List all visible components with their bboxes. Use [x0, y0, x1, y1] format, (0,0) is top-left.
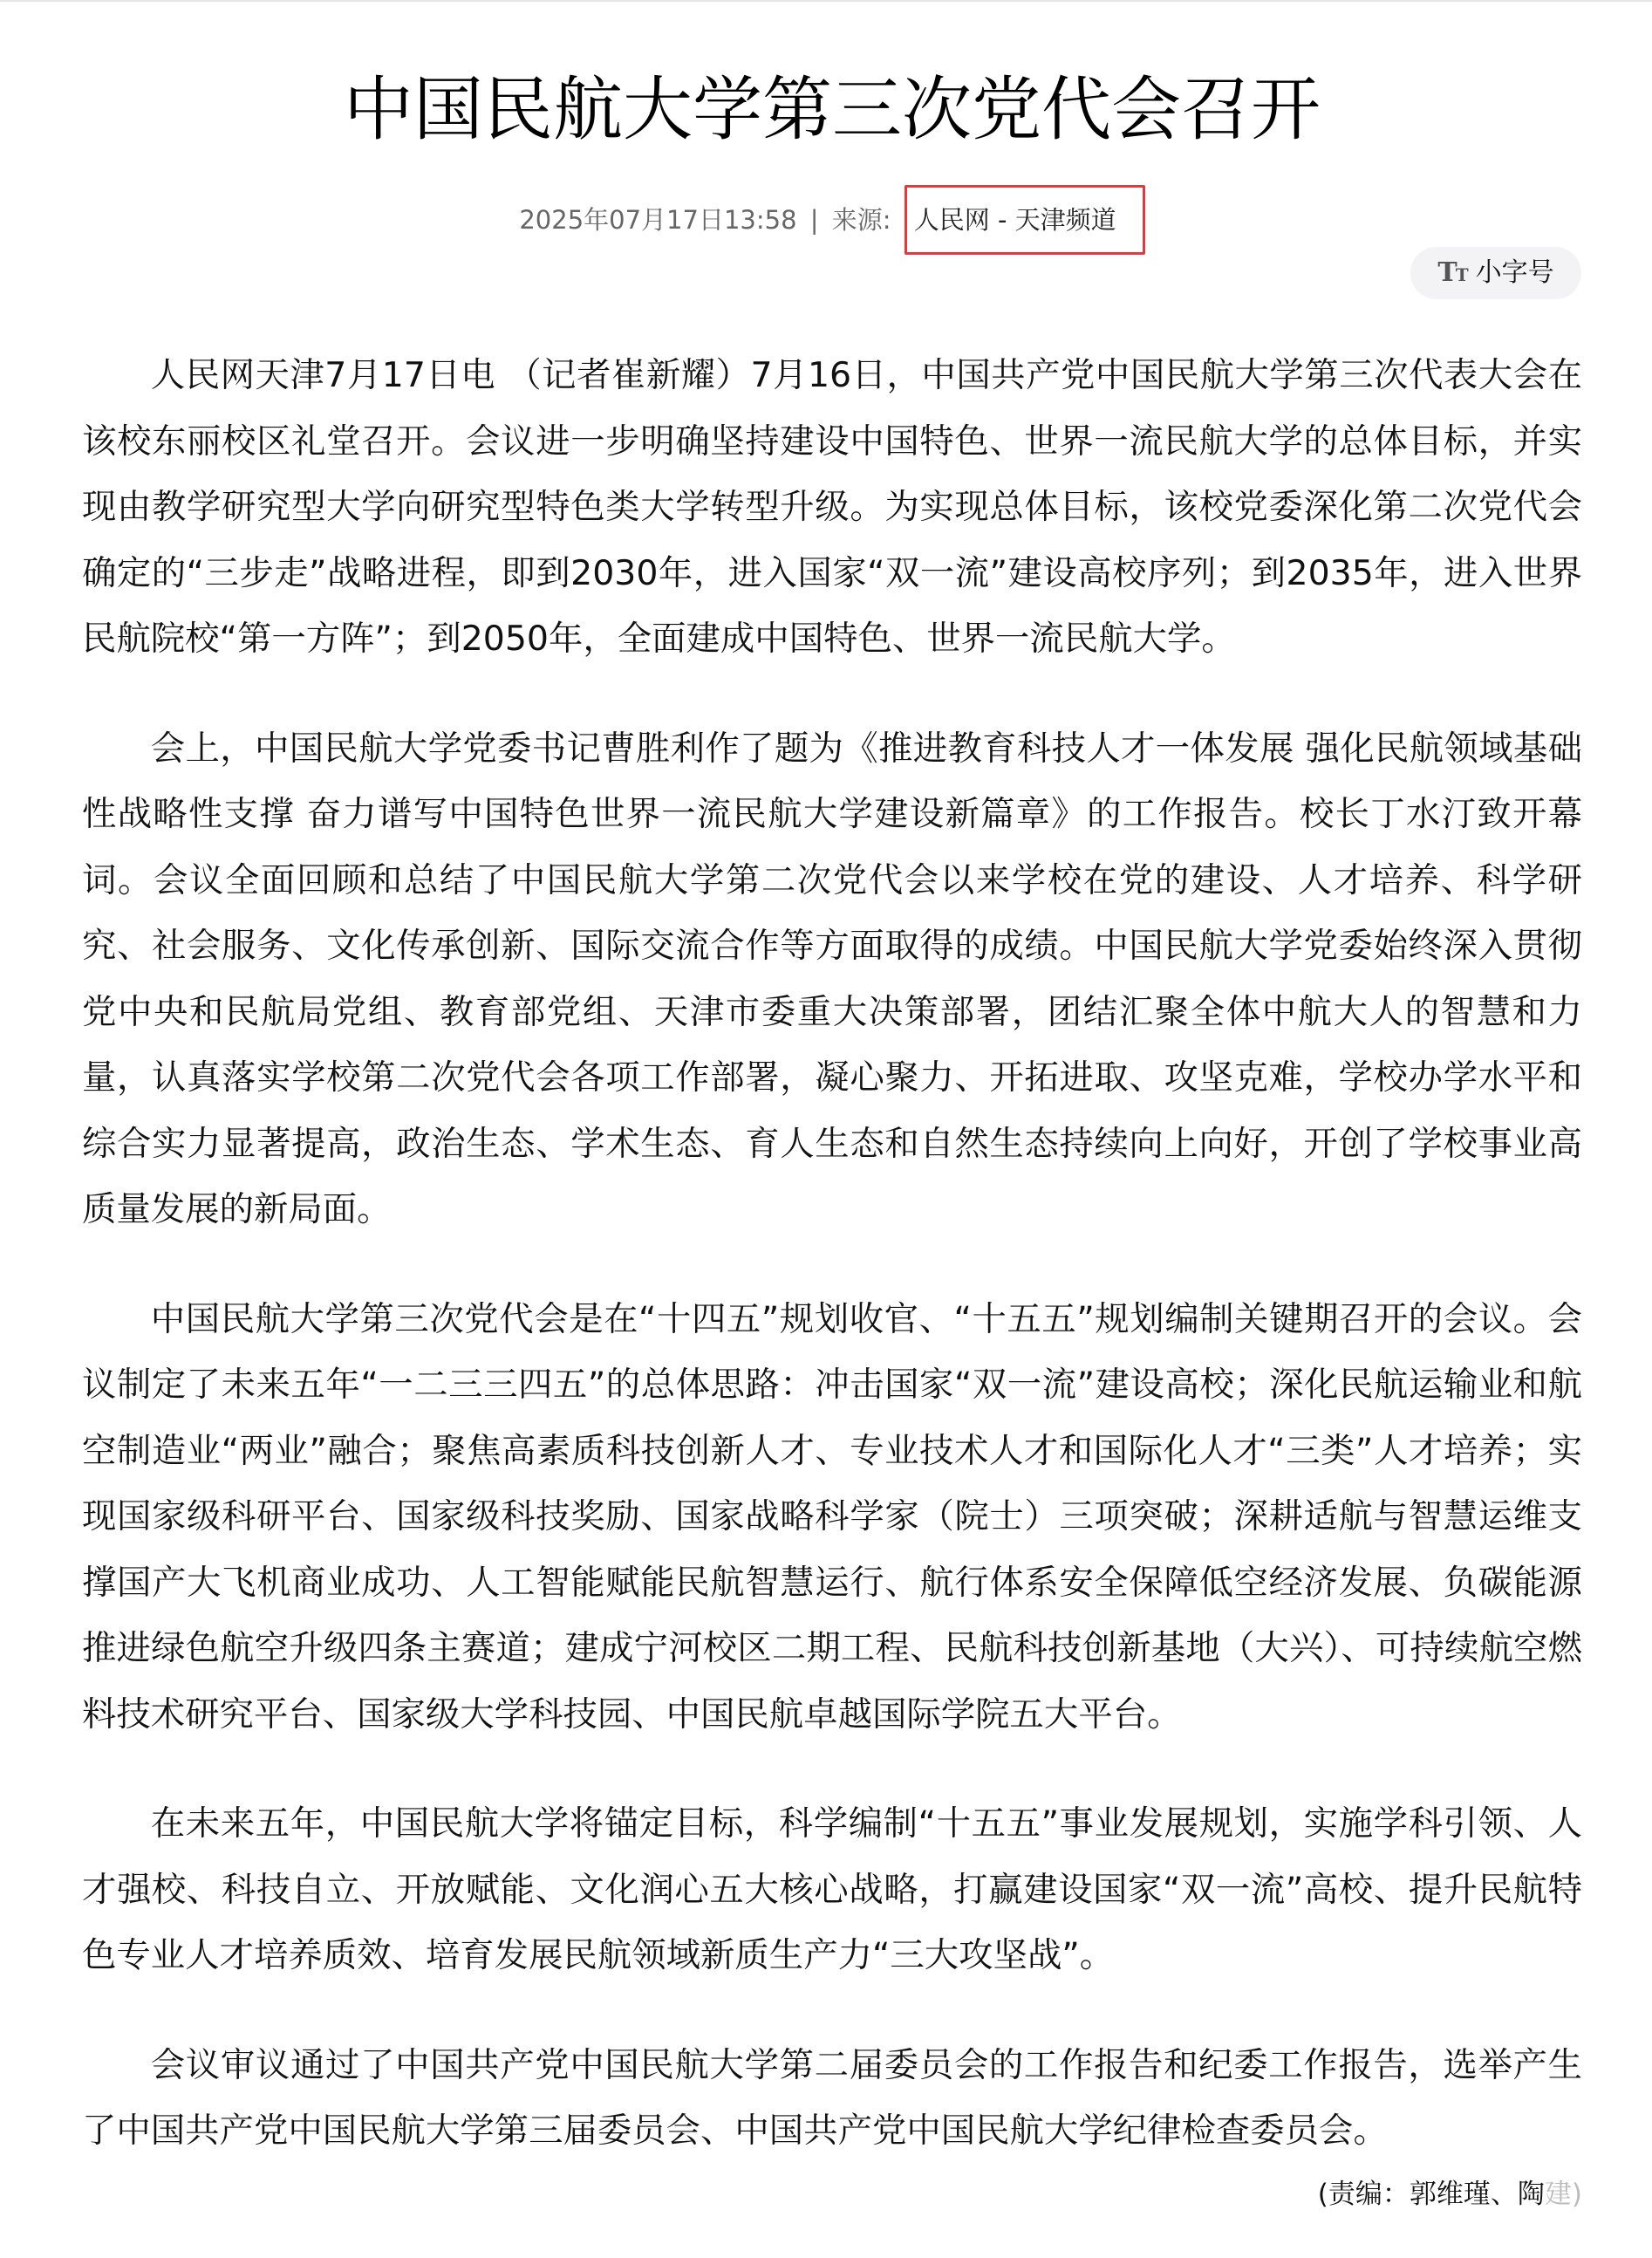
publish-datetime: 2025年07月17日13:58	[519, 205, 796, 235]
paragraph: 中国民航大学第三次党代会是在“十四五”规划收官、“十五五”规划编制关键期召开的会…	[82, 1287, 1582, 1748]
font-size-toggle-button[interactable]: TT 小字号	[1410, 247, 1581, 299]
article-body: 人民网天津7月17日电 （记者崔新耀）7月16日，中国共产党中国民航大学第三次代…	[82, 343, 1582, 2208]
text-size-icon: TT	[1437, 260, 1466, 286]
editor-credit: (责编：郭维瑾、陶建)	[1318, 2172, 1582, 2216]
editor-credit-text: (责编：郭维瑾、陶	[1318, 2179, 1545, 2210]
paragraph: 在未来五年，中国民航大学将锚定目标，科学编制“十五五”事业发展规划，实施学科引领…	[82, 1791, 1582, 1989]
meta-separator: |	[810, 205, 819, 235]
font-size-toggle-label: 小字号	[1476, 260, 1554, 286]
top-divider	[0, 0, 1652, 2]
source-link[interactable]: 人民网 - 天津频道	[905, 185, 1145, 255]
article-meta: 2025年07月17日13:58 | 来源: 人民网 - 天津频道	[82, 185, 1582, 255]
editor-credit-faded-char: 建	[1545, 2179, 1572, 2210]
paragraph: 会上，中国民航大学党委书记曹胜利作了题为《推进教育科技人才一体发展 强化民航领域…	[82, 716, 1582, 1243]
paragraph: 会议审议通过了中国共产党中国民航大学第二届委员会的工作报告和纪委工作报告，选举产…	[82, 2033, 1582, 2165]
article-title: 中国民航大学第三次党代会召开	[82, 68, 1582, 152]
source-label: 来源:	[832, 205, 891, 235]
paragraph: 人民网天津7月17日电 （记者崔新耀）7月16日，中国共产党中国民航大学第三次代…	[82, 343, 1582, 673]
editor-credit-suffix: )	[1572, 2179, 1582, 2210]
